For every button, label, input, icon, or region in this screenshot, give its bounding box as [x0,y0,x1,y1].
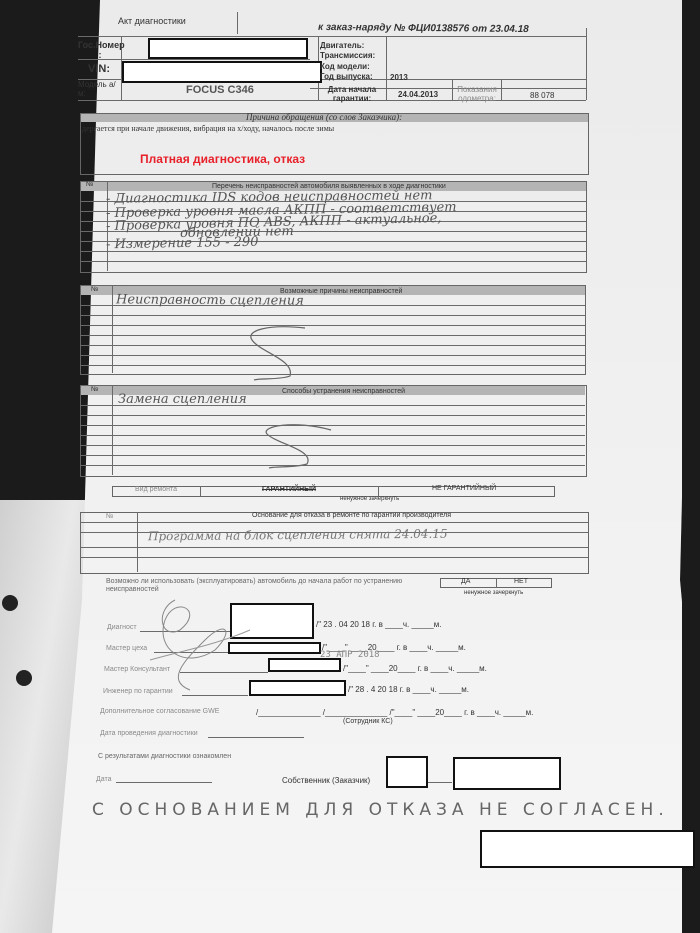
signature-scribble [145,590,255,700]
engine-label: Двигатель: [320,41,364,51]
remedies-header: Способы устранения неисправностей [282,388,405,395]
paid-diagnostics-stamp: Платная диагностика, отказ [140,152,305,166]
redacted-owner-signature [386,756,428,788]
refusal-num-header: № [106,513,114,520]
refusal-line: Программа на блок сцепления снята 24.04.… [148,527,448,544]
cause-line: Неисправность сцепления [116,292,304,308]
redacted-signature [249,680,346,696]
handwritten-disagreement: С ОСНОВАНИЕМ ДЛЯ ОТКАЗА НЕ СОГЛАСЕН. [92,800,669,820]
repair-type-non-warranty: НЕ ГАРАНТИЙНЫЙ [432,485,496,492]
odometer-value: 88 078 [530,91,554,100]
model-code-label: Код модели: [320,62,370,71]
redacted-signature [268,658,341,672]
signature-role: Диагност [107,624,137,631]
transmission-label: Трансмиссия: [320,51,375,60]
remedy-line: Замена сцепления [118,392,247,407]
operation-no[interactable]: НЕТ [514,578,528,585]
dot-decoration [2,595,18,611]
signature-role: Мастер цеха [106,645,147,652]
diag-date-label: Дата проведения диагностики [100,730,198,737]
year-value: 2013 [390,73,408,82]
signature-date: /______________ /______________ /"____" … [256,708,533,717]
reason-header: Причина обращения (со слов Заказчика): [246,112,402,122]
redacted-gos-nomer [148,38,308,59]
date-label: Дата [96,776,112,783]
causes-num-header: № [91,286,99,293]
odometer-label: Показания одометра: [454,85,500,103]
repair-type-label: Вид ремонта [135,486,177,493]
acquainted-text: С результатами диагностики ознакомлен [98,753,231,760]
signature-role: Дополнительное согласование GWE [100,708,219,715]
vin-label: VIN: [88,63,110,75]
gos-nomer-label: Гос.Номер : [78,40,122,60]
owner-label: Собственник (Заказчик) [282,776,370,785]
dot-decoration [16,670,32,686]
redacted-owner-signature-2 [480,830,695,868]
signature-date: /"____" ____20____ г. в ____ч. _____м. [343,664,487,673]
gwe-employee-label: (Сотрудник КС) [343,718,393,725]
model-label: Модель а/м: [78,80,118,98]
repair-type-warranty: ГАРАНТИЙНЫЙ [262,486,316,493]
document-title: Акт диагностики [118,16,186,26]
fault-line: - Измерение 155 - 290 [106,235,259,253]
warranty-start-label: Дата начала гарантии: [322,85,382,103]
year-label: Год выпуска: [320,72,373,81]
strike-scribble [255,420,335,470]
faults-num-header: № [86,181,94,188]
redacted-owner-name [453,757,561,790]
redacted-vin [122,61,322,83]
refusal-header: Основание для отказа в ремонте по гарант… [252,512,451,519]
reason-text: дергается при начале движения, вибрация … [82,124,334,133]
remedies-num-header: № [91,386,99,393]
order-reference: к заказ-наряду № ФЦИ0138576 от 23.04.18 [318,22,529,35]
strike-scribble [240,324,310,384]
operation-yes[interactable]: ДА [461,578,470,585]
model-value: FOCUS C346 [186,84,254,96]
operation-note: ненужное зачеркнуть [464,590,523,596]
repair-type-note: ненужное зачеркнуть [340,496,399,502]
signature-date: /" 23 . 04 20 18 г. в ____ч. _____м. [316,620,441,629]
signature-date: /" 28 . 4 20 18 г. в ____ч. _____м. [348,685,469,694]
warranty-start-value: 24.04.2013 [398,90,438,99]
